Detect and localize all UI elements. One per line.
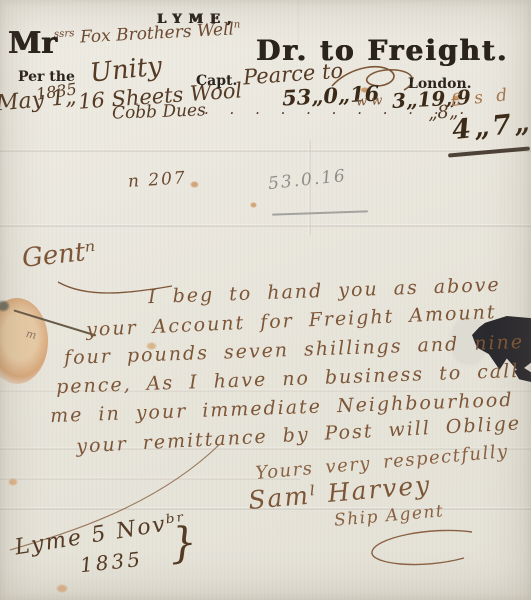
foxing-spot [56, 584, 68, 593]
entry-date: May 1„ [0, 85, 77, 117]
handwritten-addressee: ssrs Fox Brothers Welln [54, 19, 241, 49]
printed-addressee-prefix: Mr [8, 26, 57, 61]
total-underline [448, 146, 530, 157]
scanned-freight-letter: m LYME, Mr ssrs Fox Brothers Welln Dr. t… [0, 0, 531, 600]
ink-smudge [0, 300, 10, 312]
addressee-superscript-2: n [233, 19, 240, 30]
pencil-weight-annotation: 53.0.16 [267, 166, 348, 194]
dateline-year: 1835 [79, 547, 144, 577]
foxing-spot [250, 202, 257, 208]
dateline-brace: } [168, 517, 198, 568]
fold-crease [0, 224, 531, 228]
foxing-spot [190, 181, 199, 188]
addressee-superscript: ssrs [54, 28, 75, 40]
docket-number-annotation: n 207 [127, 168, 187, 192]
salutation: Gentⁿ [21, 236, 98, 274]
signature-paraph-flourish [360, 528, 480, 574]
handwritten-vessel-name: Unity [89, 51, 164, 88]
pencil-underline [272, 210, 368, 215]
wax-stain [0, 298, 48, 384]
cobb-dues-label: Cobb Dues [112, 100, 206, 123]
addressee-name: Fox Brothers Well [80, 19, 235, 47]
faint-writing: m [25, 327, 38, 342]
